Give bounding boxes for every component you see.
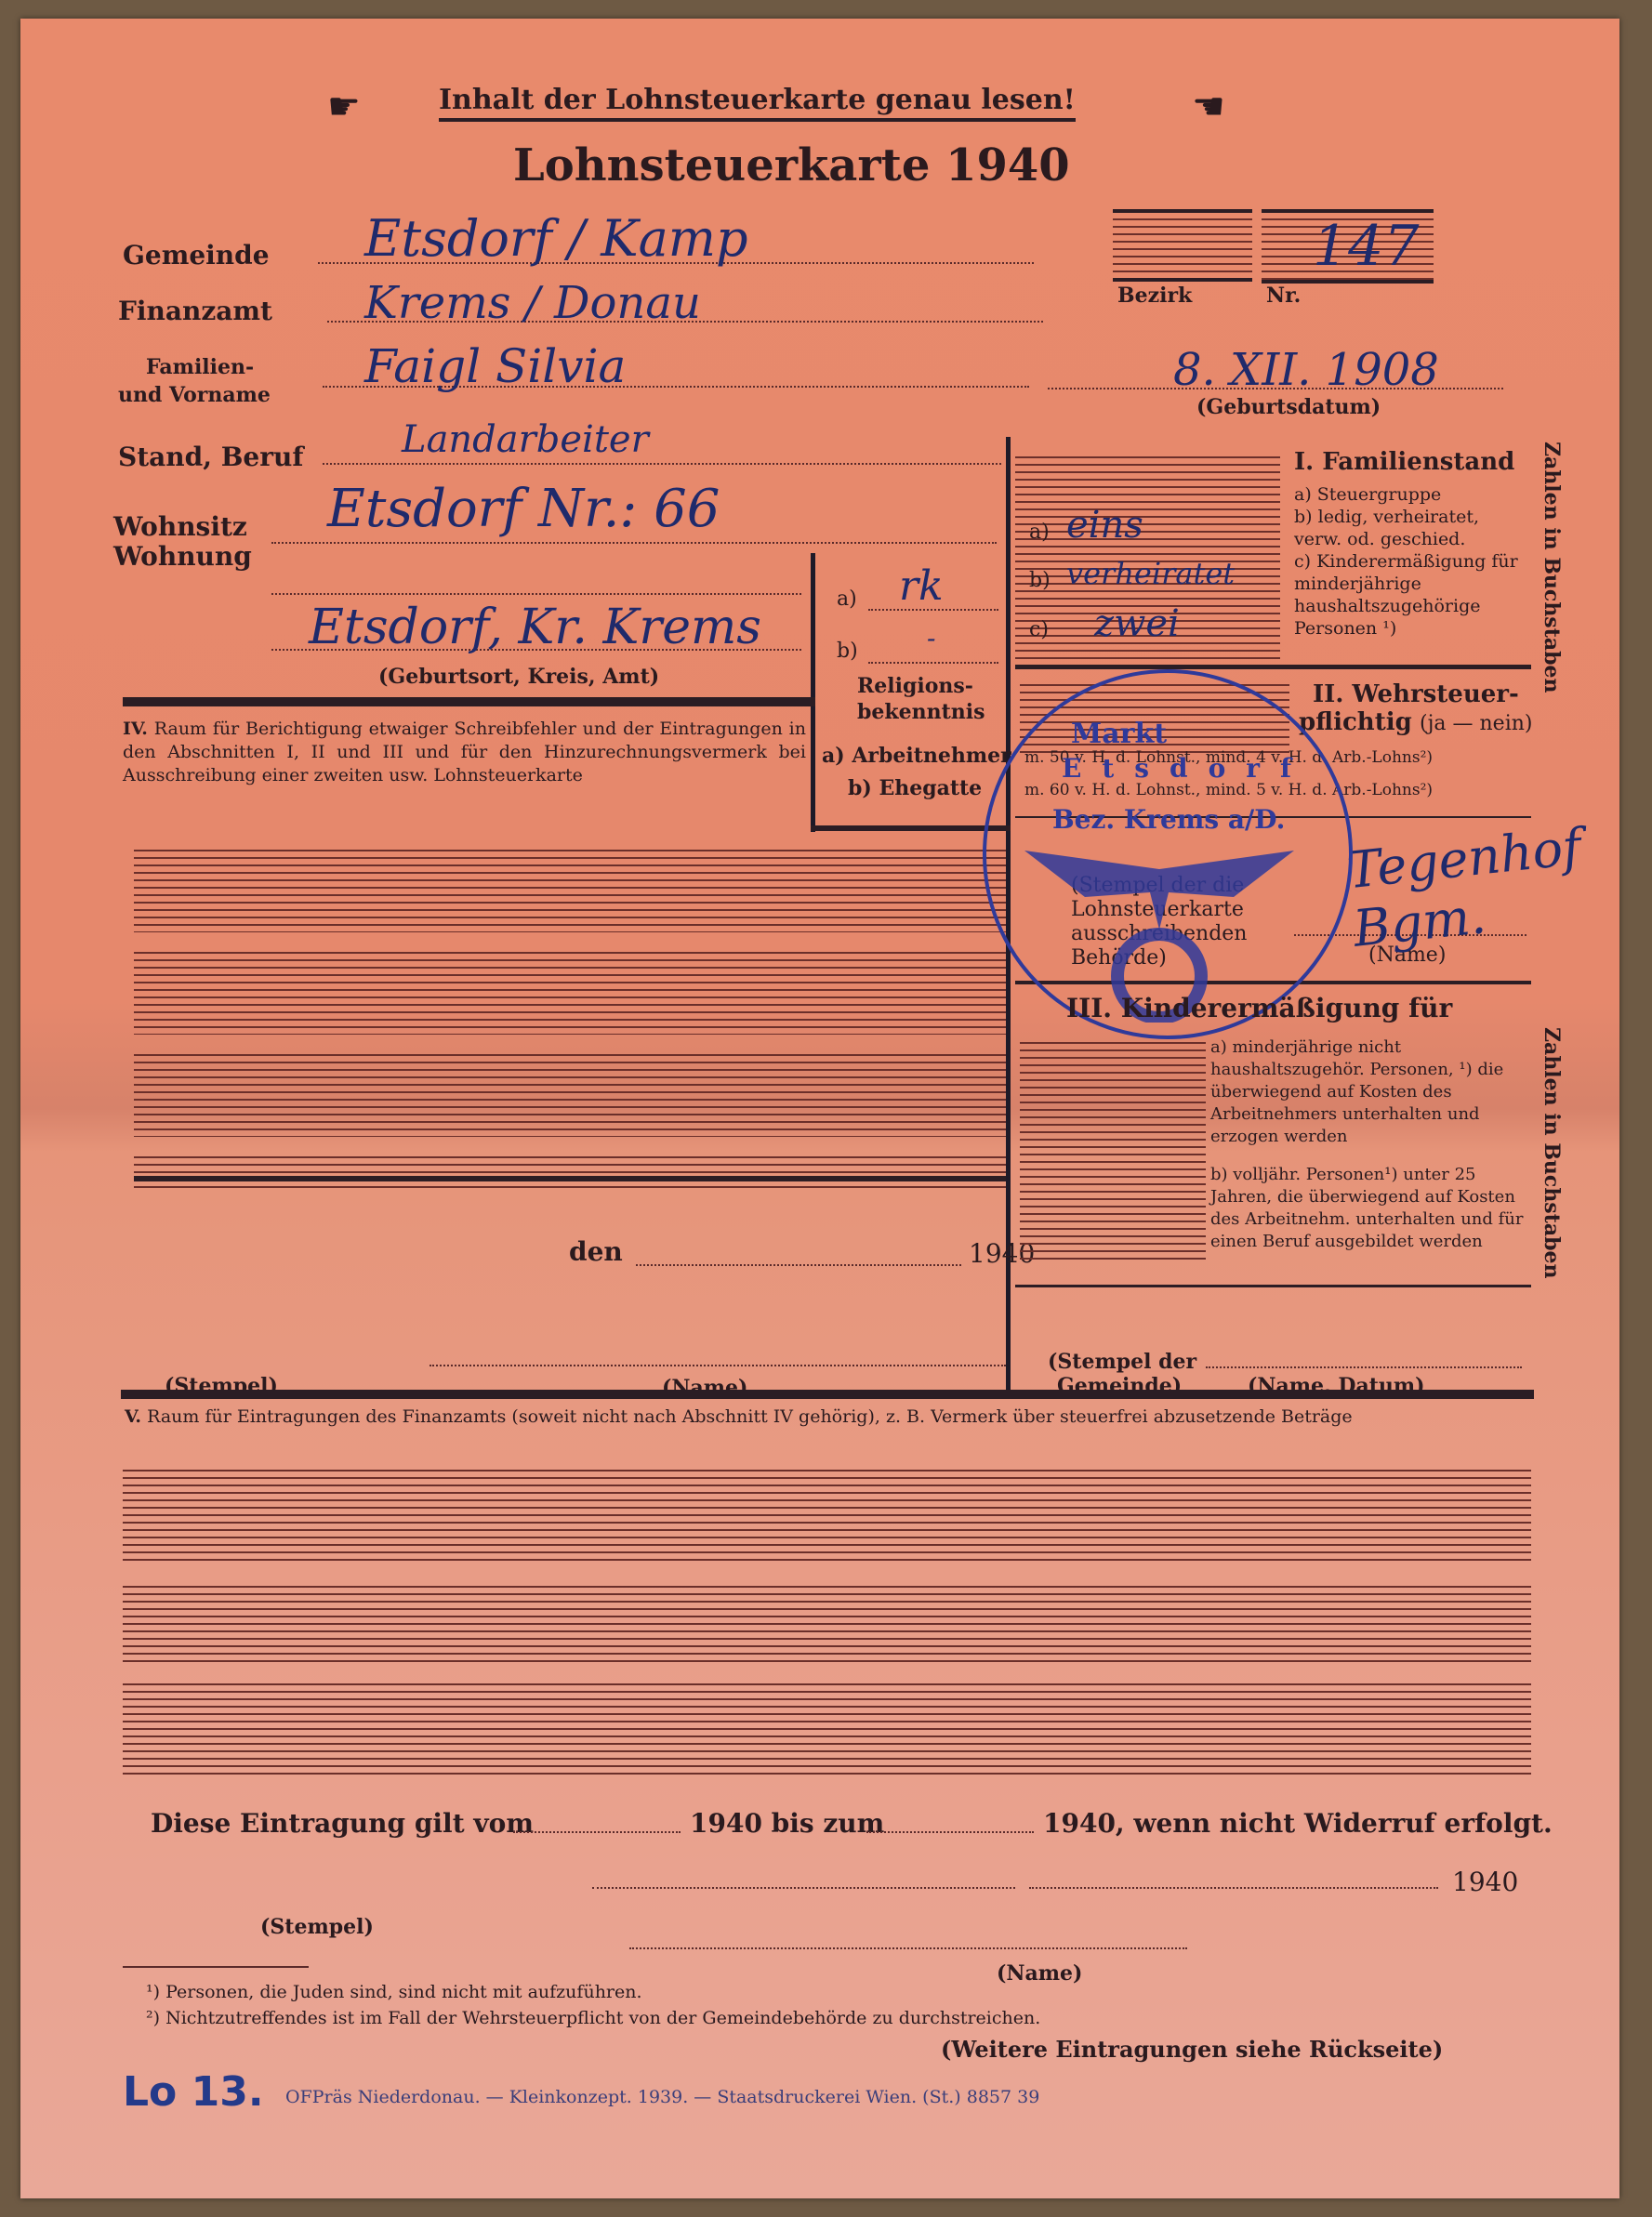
section-v-name-label: (Name) [997, 1961, 1082, 1986]
gemeinde-label: Gemeinde [123, 240, 270, 271]
page-title: Lohnsteuerkarte 1940 [513, 139, 1070, 191]
section-v-title: V. [125, 1406, 141, 1427]
section-iv-title: IV. [123, 719, 148, 739]
section-iii-stempel-label-1: (Stempel der [1048, 1350, 1196, 1374]
pointing-hand-left-icon: ☛ [327, 86, 361, 128]
religion-b-label: b) [837, 640, 858, 663]
religion-note-a: a) Arbeitnehmer [822, 744, 1011, 768]
imprint-text: OFPräs Niederdonau. — Kleinkonzept. 1939… [285, 2087, 1039, 2107]
section-v-lines-2[interactable] [123, 1580, 1531, 1664]
bezirk-box[interactable] [1113, 209, 1252, 282]
section-i-a-value: eins [1066, 504, 1143, 547]
section-ii-option: (ja — nein) [1420, 712, 1532, 735]
section-v-name-field[interactable] [629, 1947, 1187, 1949]
section-i-a-label: a) [1029, 521, 1050, 544]
footnote-1: ¹) Personen, die Juden sind, sind nicht … [146, 1982, 642, 2002]
section-ii-title: II. Wehrsteuer- [1313, 680, 1519, 708]
wohnung-label: Wohnung [113, 541, 252, 572]
religion-b-field[interactable] [868, 662, 998, 664]
beruf-field[interactable] [323, 463, 1001, 465]
signature: Tegenhof Bgm. [1344, 813, 1625, 958]
finanzamt-value: Krems / Donau [364, 277, 701, 329]
section-v-stempel-label: (Stempel) [260, 1915, 374, 1939]
den-date-field[interactable] [636, 1264, 961, 1266]
religion-a-label: a) [837, 587, 857, 611]
beruf-label: Stand, Beruf [118, 442, 303, 472]
section-v-lines-1[interactable] [123, 1464, 1531, 1566]
section-iv-top-rule [123, 697, 815, 706]
birthdate-label: (Geburtsdatum) [1196, 395, 1381, 419]
form-code: Lo 13. [123, 2068, 264, 2116]
gemeinde-value: Etsdorf / Kamp [364, 209, 748, 268]
section-iv-lines-3[interactable] [134, 1049, 1006, 1137]
geburtsort-value: Etsdorf, Kr. Krems [309, 600, 761, 655]
section-v-top-rule [121, 1390, 1534, 1399]
validity-from-field[interactable] [513, 1831, 681, 1833]
religion-b-value: - [927, 623, 935, 653]
section-iii-name-date-field[interactable] [1206, 1366, 1522, 1368]
section-v-date-field[interactable] [1029, 1887, 1438, 1889]
religion-bottom-rule [811, 825, 1011, 831]
section-iv-name-field[interactable] [430, 1365, 1006, 1366]
section-i-c-label: c) [1029, 618, 1049, 641]
section-iii-item-b: b) volljähr. Personen¹) unter 25 Jahren,… [1210, 1164, 1531, 1253]
section-i-title: I. Familienstand [1294, 448, 1514, 476]
name-label-1: Familien- [146, 355, 254, 379]
religion-title-2: bekenntnis [857, 700, 985, 724]
validity-end-label: 1940, wenn nicht Widerruf erfolgt. [1043, 1808, 1553, 1839]
section-v-year: 1940 [1452, 1867, 1518, 1897]
wohnung-field[interactable] [271, 593, 801, 595]
section-iv-lines-1[interactable] [134, 844, 1006, 932]
wohnsitz-value: Etsdorf Nr.: 66 [327, 479, 720, 539]
wohnsitz-label: Wohnsitz [113, 511, 247, 542]
validity-until-field[interactable] [866, 1831, 1034, 1833]
section-iii-side-note: Zahlen in Buchstaben [1540, 1027, 1564, 1279]
section-iii-entry-box[interactable] [1020, 1036, 1206, 1264]
header-notice: Inhalt der Lohnsteuerkarte genau lesen! [439, 84, 1076, 122]
section-ii-title-2: pflichtig [1299, 708, 1412, 736]
pointing-hand-right-icon: ☚ [1192, 86, 1225, 128]
section-i-bottom-rule [1015, 665, 1531, 669]
section-v-lines-3[interactable] [123, 1678, 1531, 1780]
footnote-rule [123, 1966, 309, 1968]
section-i-b-label: b) [1029, 569, 1051, 592]
section-iv-lines-2[interactable] [134, 946, 1006, 1035]
nr-value: 147 [1313, 214, 1420, 279]
validity-until-label: 1940 bis zum [690, 1808, 884, 1839]
religion-divider-left [811, 553, 815, 832]
section-iii-item-a: a) minderjährige nicht haushaltszugehör.… [1210, 1036, 1531, 1148]
beruf-value: Landarbeiter [402, 418, 649, 461]
stamp-line-1: Markt [1071, 718, 1167, 750]
section-i-c-value: zwei [1094, 602, 1180, 645]
continued-note: (Weitere Eintragungen siehe Rückseite) [941, 2036, 1443, 2063]
bezirk-label: Bezirk [1117, 284, 1192, 308]
stamp-line-3: Bez. Krems a/D. [1052, 804, 1285, 835]
section-v-text: V. Raum für Eintragungen des Finanzamts … [125, 1405, 1528, 1429]
religion-title-1: Religions- [857, 674, 973, 698]
section-iii-bottom-rule [1015, 1285, 1531, 1287]
section-iii-title: III. Kinderermäßigung für [1066, 993, 1452, 1023]
section-i-side-note: Zahlen in Buchstaben [1540, 442, 1564, 693]
name-value: Faigl Silvia [364, 339, 626, 393]
religion-note-b: b) Ehegatte [848, 776, 982, 800]
geburtsort-label: (Geburtsort, Kreis, Amt) [378, 665, 659, 689]
section-iv-lines-4[interactable] [134, 1151, 1006, 1193]
stamp-line-2: Etsdorf [1062, 753, 1312, 784]
section-v-place-field[interactable] [592, 1887, 1015, 1889]
section-i-items: a) Steuergruppe b) ledig, verheiratet, v… [1294, 483, 1526, 640]
section-iv-bottom-rule [134, 1176, 1006, 1181]
tax-card-document: ☛ Inhalt der Lohnsteuerkarte genau lesen… [20, 19, 1619, 2198]
finanzamt-label: Finanzamt [118, 296, 272, 326]
birthdate-value: 8. XII. 1908 [1173, 344, 1439, 396]
section-iv-text: IV. Raum für Berichtigung etwaiger Schre… [123, 718, 806, 787]
den-label: den [569, 1236, 623, 1267]
wohnsitz-field[interactable] [271, 542, 997, 544]
validity-from-label: Diese Eintragung gilt vom [151, 1808, 534, 1839]
name-label-2: und Vorname [118, 383, 271, 407]
section-i-b-value: verheiratet [1066, 556, 1235, 591]
religion-a-value: rk [899, 562, 944, 610]
nr-label: Nr. [1266, 284, 1301, 308]
footnote-2: ²) Nichtzutreffendes ist im Fall der Weh… [146, 2008, 1040, 2028]
